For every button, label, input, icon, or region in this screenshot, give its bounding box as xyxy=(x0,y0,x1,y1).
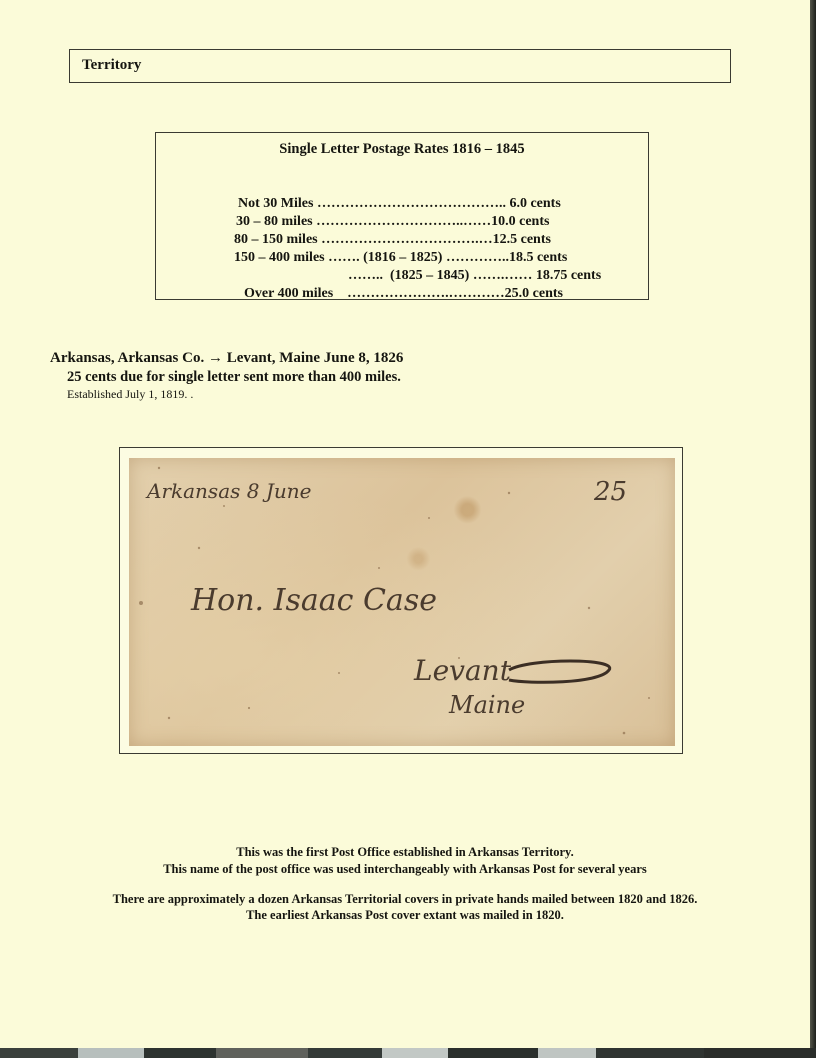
town-manuscript: Levant xyxy=(413,654,512,687)
cover-heading: Arkansas, Arkansas Co. → Levant, Maine J… xyxy=(50,350,403,367)
state-manuscript: Maine xyxy=(448,691,525,719)
page-title: Territory xyxy=(82,57,141,74)
rate-manuscript: 25 xyxy=(593,477,627,507)
note-earliest-cover: The earliest Arkansas Post cover extant … xyxy=(0,908,810,923)
album-page: Territory Single Letter Postage Rates 18… xyxy=(0,0,810,1048)
rates-title: Single Letter Postage Rates 1816 – 1845 xyxy=(156,141,648,158)
rate-distance: Over 400 miles xyxy=(244,286,333,301)
rate-row: Over 400 miles ………………….…………25.0 cents xyxy=(223,267,563,321)
note-cover-count: There are approximately a dozen Arkansas… xyxy=(0,892,810,907)
postage-rates-table: Single Letter Postage Rates 1816 – 1845 … xyxy=(155,132,649,300)
note-interchangeable-name: This name of the post office was used in… xyxy=(0,862,810,877)
addressee-manuscript: Hon. Isaac Case xyxy=(190,583,437,618)
note-first-post-office: This was the first Post Office establish… xyxy=(0,845,810,860)
established-date: Established July 1, 1819. . xyxy=(67,387,193,402)
cover-manuscript-markings: Arkansas 8 June 25 Hon. Isaac Case Levan… xyxy=(129,458,675,746)
rate-value: 25.0 cents xyxy=(505,286,563,301)
rate-distance: 150 – 400 miles xyxy=(234,250,325,265)
scan-edge xyxy=(810,0,816,1058)
stampless-cover-image: Arkansas 8 June 25 Hon. Isaac Case Levan… xyxy=(129,458,675,746)
header-box: Territory xyxy=(69,49,731,83)
cover-rate-description: 25 cents due for single letter sent more… xyxy=(67,369,401,386)
postmark-manuscript: Arkansas 8 June xyxy=(145,479,311,503)
rate-leader: ………………….………… xyxy=(333,286,505,301)
scan-bottom-strip xyxy=(0,1048,816,1058)
